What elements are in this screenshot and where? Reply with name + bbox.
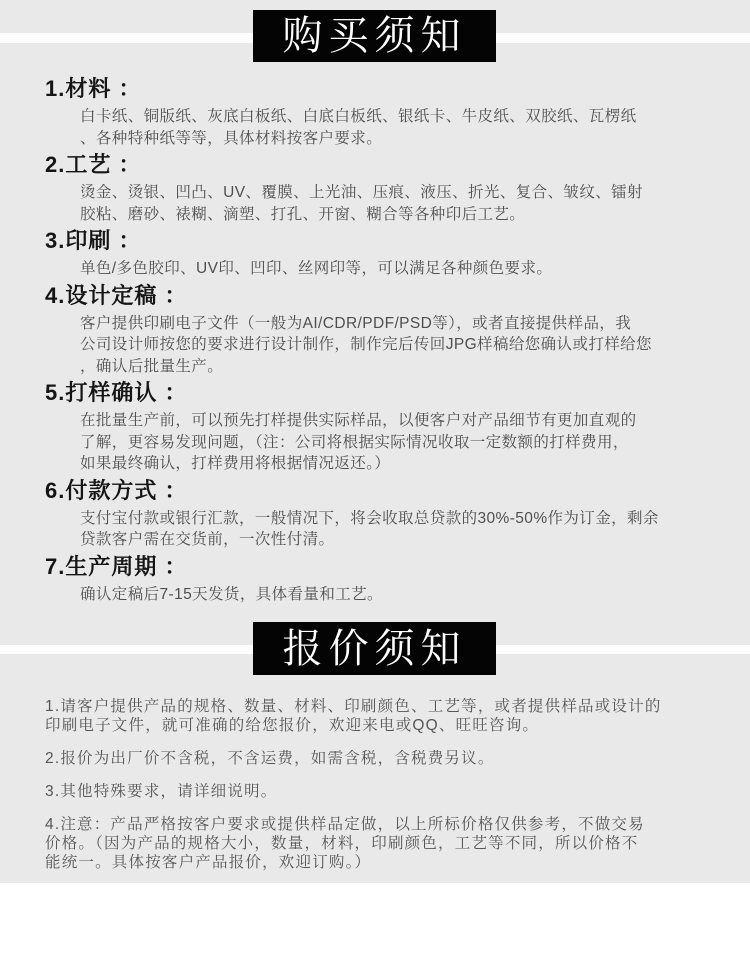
body-line: 客户提供印刷电子文件（一般为AI/CDR/PDF/PSD等），或者直接提供样品，… [80, 313, 710, 335]
section-heading: 5.打样确认 ： [45, 380, 750, 406]
section-leadtime: 7.生产周期 ： 确认定稿后7-15天发货，具体看量和工艺。 [0, 554, 750, 606]
purchase-notice-title: 购买须知 [283, 13, 467, 58]
section-design: 4.设计定稿 ： 客户提供印刷电子文件（一般为AI/CDR/PDF/PSD等），… [0, 283, 750, 378]
body-line: 胶粘、磨砂、裱糊、滴塑、打孔、开窗、糊合等各种印后工艺。 [80, 204, 710, 226]
body-line: 2.报价为出厂价不含税，不含运费，如需含税，含税费另议。 [45, 749, 710, 768]
section-heading: 7.生产周期 ： [45, 554, 750, 580]
body-line: ，确认后批量生产。 [80, 356, 710, 378]
purchase-notice-banner: 购买须知 [253, 10, 496, 62]
section-material: 1.材料 ： 白卡纸、铜版纸、灰底白板纸、白底白板纸、银纸卡、牛皮纸、双胶纸、瓦… [0, 76, 750, 149]
section-heading: 1.材料 ： [45, 76, 750, 102]
body-line: 公司设计师按您的要求进行设计制作，制作完后传回JPG样稿给您确认或打样给您 [80, 334, 710, 356]
quote-notice-body: 1.请客户提供产品的规格、数量、材料、印刷颜色、工艺等，或者提供样品或设计的 印… [45, 697, 710, 886]
section-heading: 4.设计定稿 ： [45, 283, 750, 309]
body-line: 3.其他特殊要求，请详细说明。 [45, 782, 710, 801]
body-line: 如果最终确认，打样费用将根据情况返还。） [80, 453, 710, 475]
section-payment: 6.付款方式 ： 支付宝付款或银行汇款，一般情况下，将会收取总贷款的30%-50… [0, 478, 750, 551]
body-line: 单色/多色胶印、UV印、凹印、丝网印等，可以满足各种颜色要求。 [80, 258, 710, 280]
quote-item-tax: 2.报价为出厂价不含税，不含运费，如需含税，含税费另议。 [45, 749, 710, 768]
notice-page: 购买须知 1.材料 ： 白卡纸、铜版纸、灰底白板纸、白底白板纸、银纸卡、牛皮纸、… [0, 0, 750, 954]
section-proofing: 5.打样确认 ： 在批量生产前，可以预先打样提供实际样品，以便客户对产品细节有更… [0, 380, 750, 475]
body-line: 价格。（因为产品的规格大小，数量，材料，印刷颜色，工艺等不同，所以价格不 [45, 834, 710, 853]
body-line: 4.注意：产品严格按客户要求或提供样品定做，以上所标价格仅供参考，不做交易 [45, 815, 710, 834]
quote-notice-banner: 报价须知 [253, 622, 496, 675]
body-line: 在批量生产前，可以预先打样提供实际样品，以便客户对产品细节有更加直观的 [80, 410, 710, 432]
quote-item-note: 4.注意：产品严格按客户要求或提供样品定做，以上所标价格仅供参考，不做交易 价格… [45, 815, 710, 872]
section-craft: 2.工艺 ： 烫金、烫银、凹凸、UV、覆膜、上光油、压痕、液压、折光、复合、皱纹… [0, 152, 750, 225]
body-line: 贷款客户需在交货前，一次性付清。 [80, 529, 710, 551]
section-heading: 3.印刷 ： [45, 228, 750, 254]
body-line: 1.请客户提供产品的规格、数量、材料、印刷颜色、工艺等，或者提供样品或设计的 [45, 697, 710, 716]
body-line: 了解，更容易发现问题，（注：公司将根据实际情况收取一定数额的打样费用， [80, 432, 710, 454]
body-line: 支付宝付款或银行汇款，一般情况下，将会收取总贷款的30%-50%作为订金，剩余 [80, 508, 710, 530]
body-line: 印刷电子文件，就可准确的给您报价，欢迎来电或QQ、旺旺咨询。 [45, 716, 710, 735]
body-line: 白卡纸、铜版纸、灰底白板纸、白底白板纸、银纸卡、牛皮纸、双胶纸、瓦楞纸 [80, 106, 710, 128]
purchase-notice-body: 1.材料 ： 白卡纸、铜版纸、灰底白板纸、白底白板纸、银纸卡、牛皮纸、双胶纸、瓦… [0, 76, 750, 608]
body-line: 烫金、烫银、凹凸、UV、覆膜、上光油、压痕、液压、折光、复合、皱纹、镭射 [80, 182, 710, 204]
quote-item-specs: 1.请客户提供产品的规格、数量、材料、印刷颜色、工艺等，或者提供样品或设计的 印… [45, 697, 710, 735]
body-line: 、各种特种纸等等，具体材料按客户要求。 [80, 128, 710, 150]
body-line: 能统一。具体按客户产品报价，欢迎订购。） [45, 853, 710, 872]
quote-notice-title: 报价须知 [283, 626, 467, 671]
body-line: 确认定稿后7-15天发货，具体看量和工艺。 [80, 584, 710, 606]
section-heading: 2.工艺 ： [45, 152, 750, 178]
section-heading: 6.付款方式 ： [45, 478, 750, 504]
quote-item-special: 3.其他特殊要求，请详细说明。 [45, 782, 710, 801]
section-printing: 3.印刷 ： 单色/多色胶印、UV印、凹印、丝网印等，可以满足各种颜色要求。 [0, 228, 750, 280]
